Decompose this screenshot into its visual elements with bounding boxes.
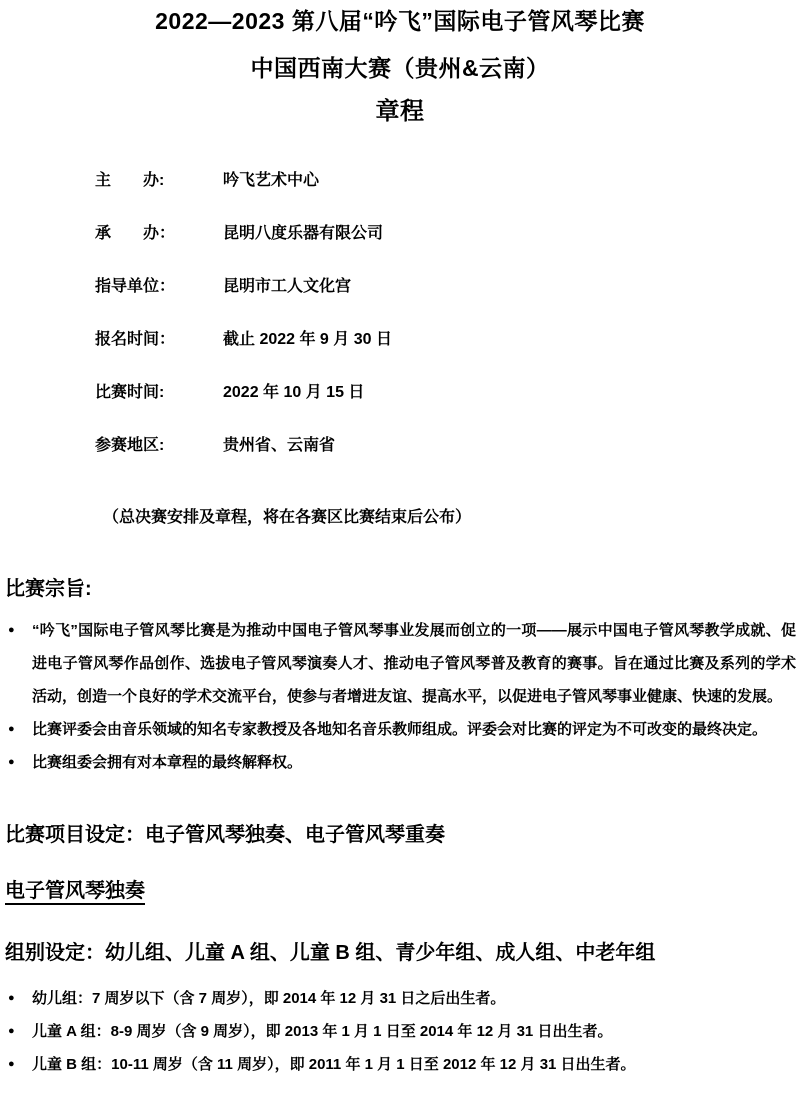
bullet-icon: ● bbox=[0, 982, 32, 1015]
title-line-1: 2022—2023 第八届“吟飞”国际电子管风琴比赛 bbox=[0, 9, 800, 33]
purpose-bullet-list: ● “吟飞”国际电子管风琴比赛是为推动中国电子管风琴事业发展而创立的一项——展示… bbox=[0, 614, 800, 779]
field-value: 贵州省、云南省 bbox=[223, 437, 335, 455]
field-value: 2022 年 10 月 15 日 bbox=[223, 384, 364, 402]
group-bullet-item-preschool: ● 幼儿组：7 周岁以下（含 7 周岁），即 2014 年 12 月 31 日之… bbox=[0, 982, 800, 1015]
field-label: 报名时间： bbox=[95, 331, 223, 349]
bullet-icon: ● bbox=[0, 713, 32, 746]
field-row-organizer: 主 办: 吟飞艺术中心 bbox=[95, 172, 800, 190]
info-fields: 主 办: 吟飞艺术中心 承 办： 昆明八度乐器有限公司 指导单位： 昆明市工人文… bbox=[0, 172, 800, 455]
purpose-bullet-item: ● 比赛评委会由音乐领域的知名专家教授及各地知名音乐教师组成。评委会对比赛的评定… bbox=[0, 713, 800, 746]
group-bullet-item-children-a: ● 儿童 A 组：8-9 周岁（含 9 周岁），即 2013 年 1 月 1 日… bbox=[0, 1015, 800, 1048]
group-bullet-text: 幼儿组：7 周岁以下（含 7 周岁），即 2014 年 12 月 31 日之后出… bbox=[32, 982, 800, 1015]
title-line-2: 中国西南大赛（贵州&云南） bbox=[0, 56, 800, 80]
field-row-registration-deadline: 报名时间： 截止 2022 年 9 月 30 日 bbox=[95, 331, 800, 349]
field-row-competition-date: 比赛时间: 2022 年 10 月 15 日 bbox=[95, 384, 800, 402]
finals-note: （总决赛安排及章程，将在各赛区比赛结束后公布） bbox=[0, 507, 800, 528]
document-header: 2022—2023 第八届“吟飞”国际电子管风琴比赛 中国西南大赛（贵州&云南）… bbox=[0, 0, 800, 124]
field-label: 参赛地区: bbox=[95, 437, 223, 455]
field-value: 昆明市工人文化宫 bbox=[223, 278, 351, 296]
groups-heading: 组别设定：幼儿组、儿童 A 组、儿童 B 组、青少年组、成人组、中老年组 bbox=[0, 940, 800, 967]
field-label: 主 办: bbox=[95, 172, 223, 190]
bullet-icon: ● bbox=[0, 746, 32, 779]
purpose-heading: 比赛宗旨: bbox=[0, 578, 800, 600]
field-value: 截止 2022 年 9 月 30 日 bbox=[223, 331, 392, 349]
events-heading: 比赛项目设定：电子管风琴独奏、电子管风琴重奏 bbox=[0, 824, 800, 847]
purpose-bullet-item: ● “吟飞”国际电子管风琴比赛是为推动中国电子管风琴事业发展而创立的一项——展示… bbox=[0, 614, 800, 713]
field-value: 吟飞艺术中心 bbox=[223, 172, 319, 190]
title-line-3: 章程 bbox=[0, 100, 800, 124]
group-bullet-text: 儿童 B 组：10-11 周岁（含 11 周岁），即 2011 年 1 月 1 … bbox=[32, 1048, 800, 1081]
group-bullet-text: 儿童 A 组：8-9 周岁（含 9 周岁），即 2013 年 1 月 1 日至 … bbox=[32, 1015, 800, 1048]
bullet-icon: ● bbox=[0, 1048, 32, 1081]
solo-heading-text: 电子管风琴独奏 bbox=[5, 880, 145, 905]
purpose-bullet-text: 比赛组委会拥有对本章程的最终解释权。 bbox=[32, 746, 800, 779]
purpose-bullet-text: 比赛评委会由音乐领域的知名专家教授及各地知名音乐教师组成。评委会对比赛的评定为不… bbox=[32, 713, 800, 746]
solo-section-heading: 电子管风琴独奏 bbox=[0, 880, 800, 902]
bullet-icon: ● bbox=[0, 1015, 32, 1048]
bullet-icon: ● bbox=[0, 614, 32, 713]
purpose-bullet-item: ● 比赛组委会拥有对本章程的最终解释权。 bbox=[0, 746, 800, 779]
field-row-undertaker: 承 办： 昆明八度乐器有限公司 bbox=[95, 225, 800, 243]
document-page: 2022—2023 第八届“吟飞”国际电子管风琴比赛 中国西南大赛（贵州&云南）… bbox=[0, 0, 800, 1108]
group-bullet-item-children-b: ● 儿童 B 组：10-11 周岁（含 11 周岁），即 2011 年 1 月 … bbox=[0, 1048, 800, 1081]
field-value: 昆明八度乐器有限公司 bbox=[223, 225, 383, 243]
field-label: 承 办： bbox=[95, 225, 223, 243]
field-label: 比赛时间: bbox=[95, 384, 223, 402]
group-bullet-list: ● 幼儿组：7 周岁以下（含 7 周岁），即 2014 年 12 月 31 日之… bbox=[0, 982, 800, 1081]
field-row-guidance-unit: 指导单位： 昆明市工人文化宫 bbox=[95, 278, 800, 296]
field-row-participating-regions: 参赛地区: 贵州省、云南省 bbox=[95, 437, 800, 455]
field-label: 指导单位： bbox=[95, 278, 223, 296]
purpose-bullet-text: “吟飞”国际电子管风琴比赛是为推动中国电子管风琴事业发展而创立的一项——展示中国… bbox=[32, 614, 800, 713]
